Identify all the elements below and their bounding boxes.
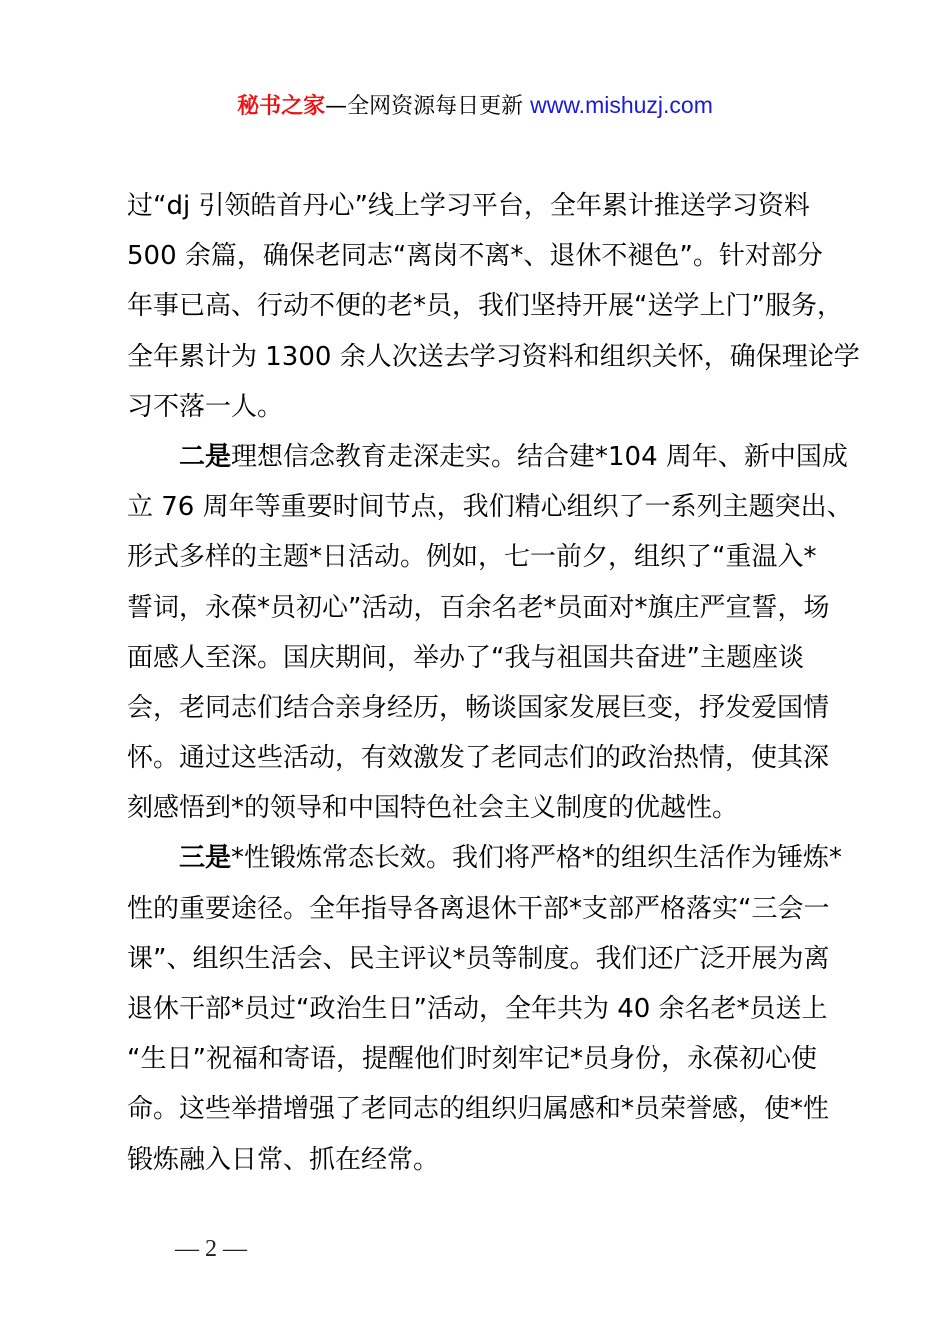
brand-name: 秘书之家	[237, 94, 325, 119]
text-line: 面感人至深。国庆期间，举办了“我与祖国共奋进”主题座谈	[127, 633, 827, 683]
text-line: 过“dj 引领皓首丹心”线上学习平台，全年累计推送学习资料	[127, 181, 827, 231]
text-line: 锻炼融入日常、抓在经常。	[127, 1135, 827, 1185]
text-line: 课”、组织生活会、民主评议*员等制度。我们还广泛开展为离	[127, 934, 827, 984]
text-span: *性锻炼常态长效。我们将严格*的组织生活作为锤炼*	[231, 843, 842, 873]
header-tagline: —全网资源每日更新	[325, 94, 530, 119]
text-line: 习不落一人。	[127, 382, 827, 432]
paragraph-1: 过“dj 引领皓首丹心”线上学习平台，全年累计推送学习资料 500 余篇，确保老…	[127, 181, 827, 432]
paragraph-first-line: 三是*性锻炼常态长效。我们将严格*的组织生活作为锤炼*	[127, 833, 827, 883]
text-line: 全年累计为 1300 余人次送去学习资料和组织关怀，确保理论学	[127, 332, 827, 382]
site-header: 秘书之家—全网资源每日更新 www.mishuzj.com	[0, 88, 950, 124]
text-span: 理想信念教育走深走实。结合建*104 周年、新中国成	[231, 442, 848, 472]
paragraph-lead: 二是	[179, 442, 231, 472]
text-line: 怀。通过这些活动，有效激发了老同志们的政治热情，使其深	[127, 733, 827, 783]
text-line: 誓词，永葆*员初心”活动，百余名老*员面对*旗庄严宣誓，场	[127, 583, 827, 633]
document-body: 过“dj 引领皓首丹心”线上学习平台，全年累计推送学习资料 500 余篇，确保老…	[127, 181, 827, 1185]
text-line: “生日”祝福和寄语，提醒他们时刻牢记*员身份，永葆初心使	[127, 1034, 827, 1084]
paragraph-lead: 三是	[179, 843, 231, 873]
text-line: 会，老同志们结合亲身经历，畅谈国家发展巨变，抒发爱国情	[127, 683, 827, 733]
site-url-link[interactable]: www.mishuzj.com	[530, 92, 713, 118]
text-line: 命。这些举措增强了老同志的组织归属感和*员荣誉感，使*性	[127, 1084, 827, 1134]
text-line: 退休干部*员过“政治生日”活动，全年共为 40 余名老*员送上	[127, 984, 827, 1034]
paragraph-first-line: 二是理想信念教育走深走实。结合建*104 周年、新中国成	[127, 432, 827, 482]
text-line: 立 76 周年等重要时间节点，我们精心组织了一系列主题突出、	[127, 482, 827, 532]
text-line: 形式多样的主题*日活动。例如，七一前夕，组织了“重温入*	[127, 532, 827, 582]
paragraph-2: 二是理想信念教育走深走实。结合建*104 周年、新中国成 立 76 周年等重要时…	[127, 432, 827, 834]
paragraph-3: 三是*性锻炼常态长效。我们将严格*的组织生活作为锤炼* 性的重要途径。全年指导各…	[127, 833, 827, 1184]
text-line: 性的重要途径。全年指导各离退休干部*支部严格落实“三会一	[127, 884, 827, 934]
page-number: — 2 —	[175, 1236, 247, 1263]
text-line: 500 余篇，确保老同志“离岗不离*、退休不褪色”。针对部分	[127, 231, 827, 281]
text-line: 年事已高、行动不便的老*员，我们坚持开展“送学上门”服务，	[127, 281, 827, 331]
text-line: 刻感悟到*的领导和中国特色社会主义制度的优越性。	[127, 783, 827, 833]
